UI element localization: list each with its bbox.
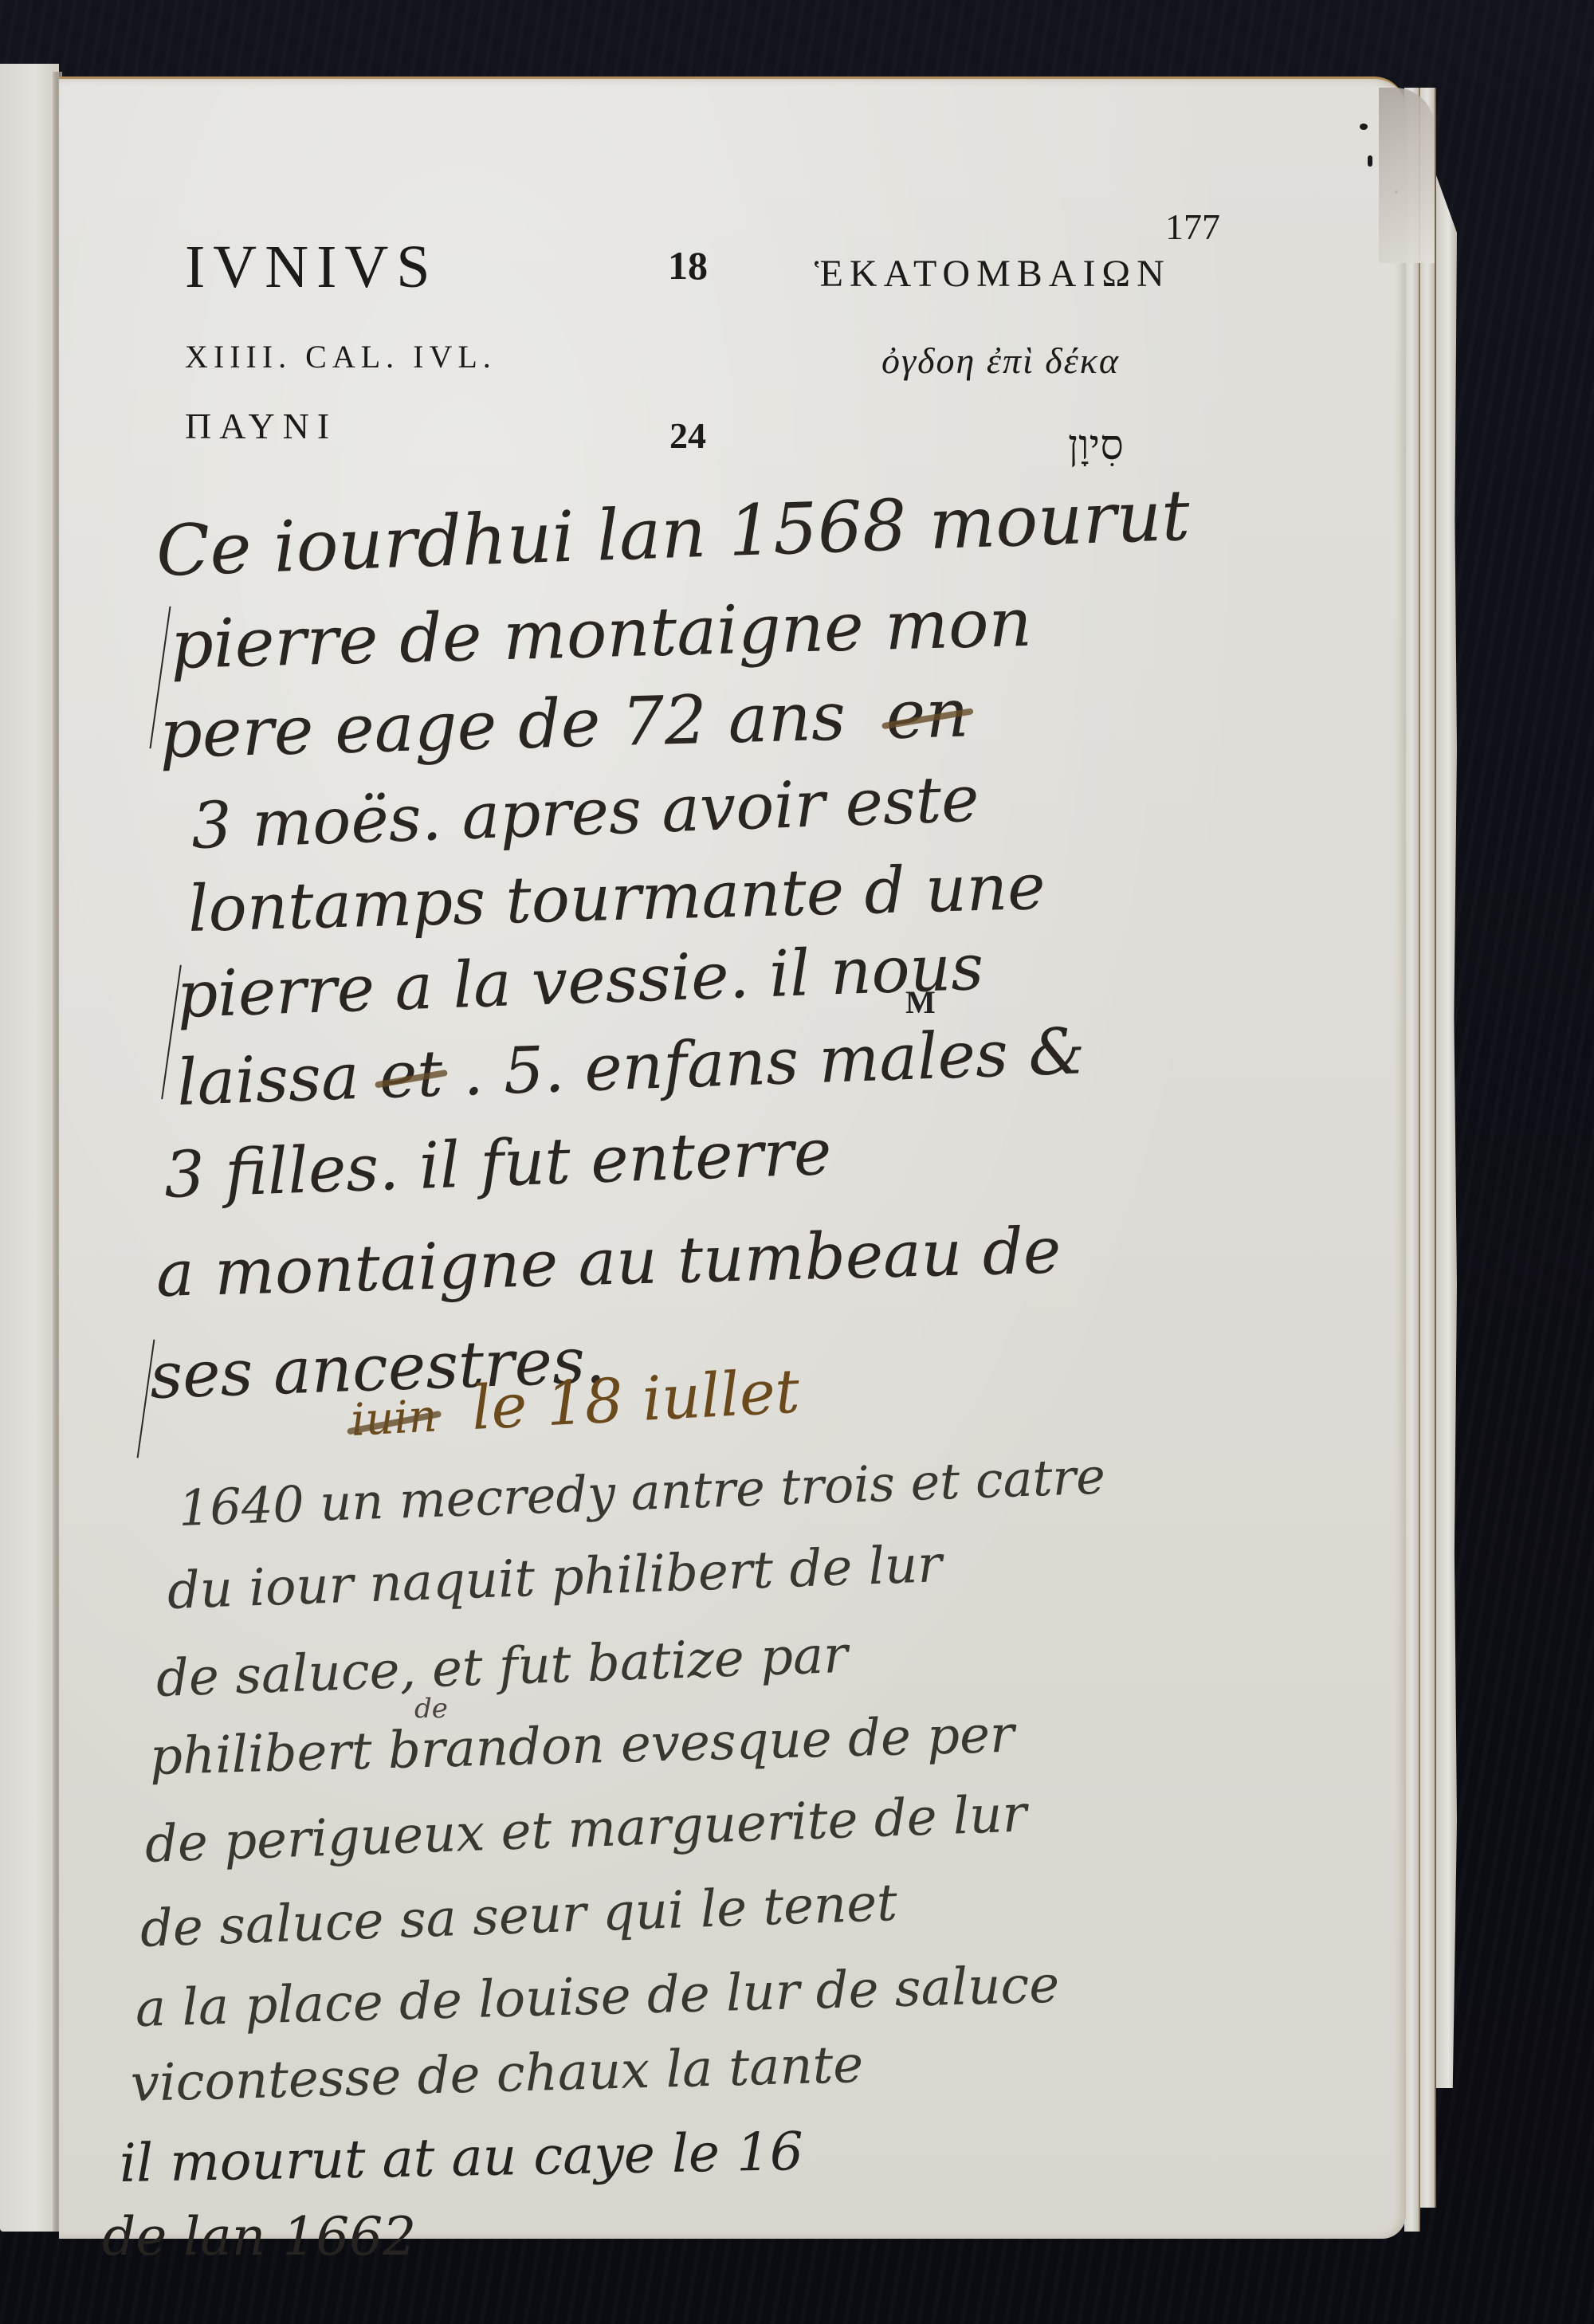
struck-word: et bbox=[378, 1036, 444, 1113]
printed-letter-mark: M bbox=[905, 983, 936, 1021]
month-latin: IVNIVS bbox=[185, 233, 438, 302]
roman-calendar-date: XIIII. CAL. IVL. bbox=[185, 338, 497, 375]
ink-fleck bbox=[1360, 124, 1368, 130]
page-number: 177 bbox=[1165, 206, 1220, 248]
line-text: il mourut at au caye le 16 bbox=[119, 2121, 803, 2194]
coptic-day-number: 24 bbox=[669, 414, 706, 457]
ink-fleck bbox=[1368, 155, 1372, 167]
month-hebrew: סִיוָן bbox=[1068, 422, 1124, 469]
line-text: de lan 1662 bbox=[102, 2206, 416, 2267]
struck-word: en bbox=[885, 673, 969, 754]
facing-page-edge bbox=[0, 64, 59, 2232]
struck-word: iuin bbox=[350, 1390, 438, 1447]
curled-page-corner bbox=[1379, 88, 1435, 263]
month-greek: ἙΚΑΤΟΜΒΑΙΩΝ bbox=[815, 252, 1171, 296]
manuscript-line: de lan 1662 bbox=[102, 2206, 1449, 2267]
greek-day-note: ὀγδοη ἐπὶ δέκα bbox=[881, 340, 1120, 382]
day-number: 18 bbox=[668, 242, 708, 289]
month-coptic: ΠΑΥΝΙ bbox=[185, 405, 337, 447]
line-text: laissa bbox=[175, 1039, 360, 1120]
